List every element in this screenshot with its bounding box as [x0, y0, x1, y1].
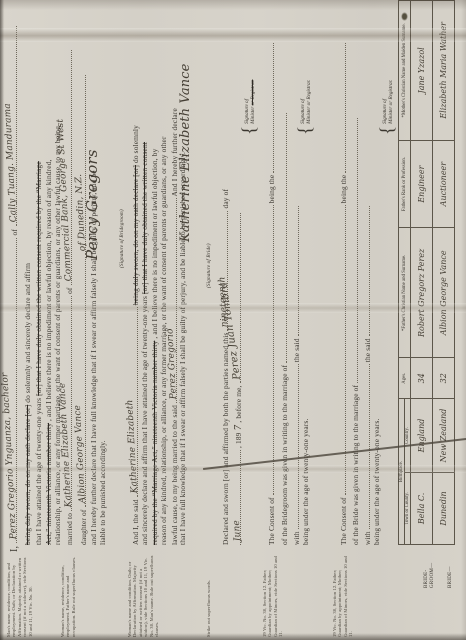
decl1-of2: of: [65, 287, 74, 293]
bridegroom-country: England: [411, 399, 433, 473]
decl2-line2-kept: and sincerely declare and affirm that I …: [140, 296, 149, 545]
decl2-line3: required by the “Marriage Act,” nineteen…: [151, 149, 159, 545]
decl1-line2: being duly sworn, do on my oath declare …: [24, 263, 32, 545]
sworn-line2: June , 189 7 , before me, Perez Juan Tom…: [233, 213, 243, 545]
sworn-line1-text: Declared and sworn [or] and affirmed by …: [221, 333, 230, 545]
consent1-lead: The Consent of: [267, 497, 276, 545]
decl1-line4-struck: Act,” nineteenth Victoria number thirty: [44, 423, 53, 545]
header-mother-name: *Mother's Christian Name and Maiden Surn…: [399, 1, 411, 141]
decl1-father-handwriting: Albion George Vance: [74, 405, 87, 504]
margin-note-bride-declaration: Woman's name and condition. Oath; or Dec…: [127, 555, 159, 637]
consent1-being-the: being the: [267, 175, 276, 204]
sworn-before-me: , before me,: [234, 385, 243, 422]
decl1-line2-struck: being duly sworn, do on my oath declare …: [23, 405, 32, 545]
bridegroom-father: Robert Gregorz Perez: [411, 228, 433, 358]
margin-note-man: Man's name, residence, condition, and em…: [6, 555, 33, 637]
margin-note-strike-words: Strike out superfluous words.: [206, 577, 211, 637]
decl1-line4: Act,” nineteenth Victoria number thirty …: [45, 159, 53, 545]
bridegroom-label-1: BRIDE-: [424, 570, 429, 588]
signature-block-2-label: Signature of Minister or Registrar.: [300, 80, 312, 124]
consent2-with: with: [363, 531, 372, 545]
consent2-relation-blank: [338, 43, 346, 173]
consent2-line4: being under the age of twenty-one years.: [373, 419, 381, 545]
decl1-line9: liable to be punished accordingly.: [99, 440, 107, 545]
header-ages: Ages.: [399, 358, 411, 399]
decl1-line3-kept: that I have attained the age of twenty-o…: [34, 398, 43, 545]
table-header-row-1: Birthplace. Ages. *Father's Christian Na…: [399, 1, 405, 545]
margin-note-woman: Woman's name, residence, condition, empl…: [60, 555, 76, 637]
consent1-the-said: the said: [292, 338, 301, 362]
decl1-of: of: [10, 229, 19, 235]
decl1-line7: daughter of Albion George Vance of Duned…: [78, 75, 88, 545]
consent1-line1: The Consent of being the: [266, 43, 276, 545]
brace-icon: {: [240, 126, 259, 135]
signature-block-2: { Signature of Minister or Registrar.: [296, 80, 315, 135]
decl2-line3-struck: required by the “Marriage Act,” nineteen…: [150, 341, 159, 545]
decl2-name-blank: Katherine Elizabeth: [130, 307, 138, 497]
header-father-rank: Father's Rank or Profession.: [399, 140, 411, 228]
signature-block-1-label: Signature of Minister or Registrar.: [244, 80, 256, 124]
consent1-line3: with the said: [291, 206, 301, 545]
sworn-officiant-blank: Perez Juan Tombra: [233, 213, 241, 383]
scanned-document-page: Man's name, residence, condition, and em…: [0, 0, 466, 640]
bride-country: New Zealand: [433, 399, 455, 473]
bride-label-1: BRIDE—: [448, 566, 453, 588]
consent2-being-the: being the: [339, 175, 348, 204]
consent2-line2: of the Bride was given in writing to the…: [350, 118, 360, 545]
consent2-with-blank: [362, 364, 370, 529]
consent1-name-blank: [266, 205, 274, 495]
table-row-label-bridegroom: BRIDE- GROOM—: [424, 563, 435, 588]
decl2-and-i-the-said: And I, the said: [131, 499, 140, 545]
consent1-line4: being under the age of twenty-one years.: [302, 419, 310, 545]
decl2-line1-struck: being duly sworn, do on my oath declare …: [131, 165, 140, 305]
sig2-line2: Minister or Registrar.: [306, 80, 312, 124]
decl1-line4-kept: , and I believe there is no impediment o…: [44, 159, 53, 421]
decl2-husband-handwriting: Perez Gregorio: [166, 328, 178, 399]
brace-icon: {: [378, 126, 397, 135]
decl1-line2-kept: do solemnly and sincerely declare and af…: [23, 263, 32, 403]
brace-icon: {: [296, 126, 315, 135]
signature-block-3-label: Signature of Minister or Registrar.: [382, 80, 394, 124]
decl1-I: I,: [9, 546, 20, 552]
decl2-husband-blank: Perez Gregorio: [169, 198, 177, 403]
sig1-line2b-struck: or Registrar.: [250, 80, 256, 106]
bride-town: Dunedin: [433, 472, 455, 544]
bridegroom-signature-handwriting: Percy Gregors: [83, 149, 101, 260]
bridegroom-father-rank: Engineer: [411, 140, 433, 228]
decl1-wife-name-blank: Katherine Elizabeth Vance: [64, 296, 72, 511]
decl1-residence-handwriting: Cally Tuang. Mandurama: [4, 103, 18, 222]
sworn-year-printed: , 189: [234, 432, 243, 448]
decl1-line3: that I have attained the age of twenty-o…: [35, 161, 43, 545]
decl1-father-blank: Albion George Vance: [78, 257, 86, 507]
bride-mother: Elizabeth Maria Wather: [433, 1, 455, 141]
consent1-said-blank: [291, 206, 299, 336]
decl2-name-handwriting: Katherine Elizabeth: [126, 400, 139, 494]
bridegroom-mother: Jane Yzazol: [411, 1, 433, 141]
sworn-year-handwriting: 7: [234, 425, 244, 431]
marriage-declaration-form: Man's name, residence, condition, and em…: [0, 0, 466, 640]
decl2-line1-kept: do solemnly: [131, 125, 140, 163]
consent2-lead: The Consent of: [339, 497, 348, 545]
decl2-line2-struck: [or] that I have duly obtained the writt…: [140, 142, 149, 294]
decl1-signature: Percy Gregors: [88, 149, 99, 260]
decl1-line3-struck: [or] that I have duly obtained the writt…: [34, 161, 43, 396]
consent1-groom-blank: [279, 113, 287, 363]
table-row-bride: Dunedin New Zealand 32 Albion George Van…: [433, 1, 455, 545]
consent1-with: with: [292, 531, 301, 545]
decl2-signature-label: (Signature of Bride): [205, 243, 213, 288]
decl1-name-blank: Perez Gregorio Ynguanza, bachelor: [9, 238, 17, 543]
table-row-bridegroom: Bella C. England 34 Robert Gregorz Perez…: [411, 1, 433, 545]
sig3-line2: Minister or Registrar.: [388, 80, 394, 124]
consent2-line1: The Consent of being the: [338, 43, 348, 545]
sworn-month-blank: June: [233, 450, 241, 545]
margin-note-consent-bride: 19 Vic. No. 30, Section 12. Father; Guar…: [332, 555, 354, 637]
decl1-signature-label: (Signature of Bridegroom): [118, 209, 126, 268]
bride-father: Albion George Vance: [433, 228, 455, 358]
consent1-with-blank: [291, 364, 299, 529]
decl1-daughter-of: daughter of: [79, 509, 88, 545]
decl1-married-to: married to: [65, 513, 74, 545]
signature-block-1: { Signature of Minister or Registrar.: [240, 80, 259, 135]
sig1-line2a: Minister: [250, 105, 256, 124]
header-father-name: *Father's Christian Name and Surname.: [399, 228, 411, 358]
margin-note-consent-bridegroom: 19 Vic. No. 30, Section 12. Father; Guar…: [262, 555, 284, 637]
consent1-line2: of the Bridegroom was given in writing t…: [279, 113, 289, 545]
consent1-line2-text: of the Bridegroom was given in writing t…: [280, 365, 289, 545]
signature-block-3: { Signature of Minister or Registrar.: [378, 80, 397, 135]
consent2-line2-text: of the Bride was given in writing to the…: [351, 385, 360, 545]
declaration1-opening: I, Perez Gregorio Ynguanza, bachelor of …: [9, 26, 19, 552]
sworn-month-handwriting: June: [233, 520, 242, 542]
decl1-residence-blank: Cally Tuang. Mandurama: [9, 26, 17, 226]
bride-father-rank: Auctioneer: [433, 140, 455, 228]
bride-age: 32: [433, 358, 455, 399]
consent1-relation-blank: [266, 43, 274, 173]
consent2-bride-blank: [350, 118, 358, 383]
consent2-name-blank: [338, 205, 346, 495]
consent2-said-blank: [362, 206, 370, 336]
bridegroom-age: 34: [411, 358, 433, 399]
decl1-line6: married to Katherine Elizabeth Vance of …: [64, 50, 74, 545]
bride-signature-handwriting: Katherine Elizabeth Vance: [178, 63, 193, 242]
decl1-wife-residence-blank: Commercial Bank, George St West: [64, 50, 72, 285]
consent2-the-said: the said: [363, 338, 372, 362]
bridegroom-town: Bella C.: [411, 472, 433, 544]
decl2-line1: And I, the said Katherine Elizabeth bein…: [130, 125, 140, 545]
bridegroom-label-2: GROOM—: [430, 563, 435, 588]
table-row-label-bride: BRIDE—: [448, 566, 454, 588]
sworn-line1: Declared and sworn [or] and affirmed by …: [220, 189, 230, 545]
decl2-line3-kept: , and I believe there is no impediment o…: [150, 149, 159, 339]
parents-table: Birthplace. Ages. *Father's Christian Na…: [398, 0, 455, 545]
decl2-signature: Katherine Elizabeth Vance: [182, 63, 191, 242]
decl2-line2: and sincerely declare and affirm that I …: [141, 142, 149, 545]
decl1-name-handwriting: Perez Gregorio Ynguanza, bachelor: [1, 373, 18, 540]
sworn-day-of: day of: [221, 189, 230, 209]
consent2-line3: with the said: [362, 206, 372, 545]
